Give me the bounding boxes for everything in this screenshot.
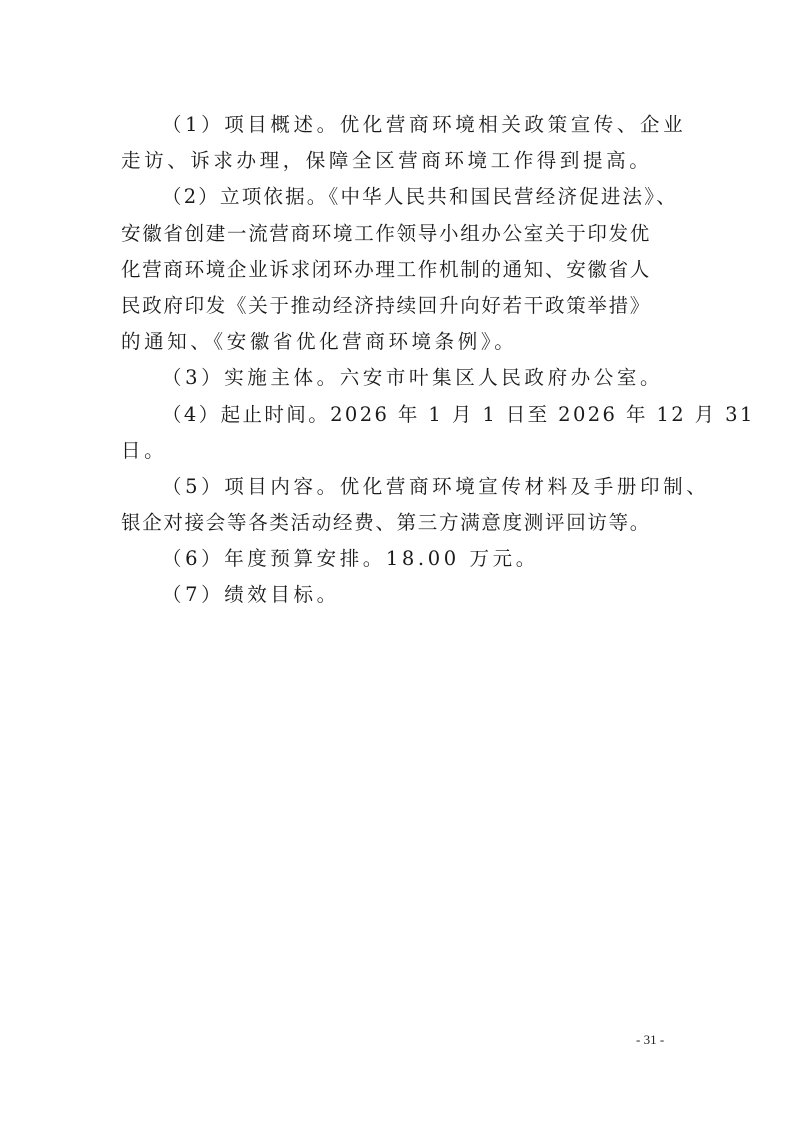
item-2-line-4: 民政府印发《关于推动经济持续回升向好若干政策举措》 — [121, 288, 674, 324]
item-5-line-1: （5）项目内容。优化营商环境宣传材料及手册印制、 — [121, 469, 674, 505]
item-7-line-1: （7）绩效目标。 — [121, 577, 674, 613]
item-3-line-1: （3）实施主体。六安市叶集区人民政府办公室。 — [121, 360, 674, 396]
item-6-line-1: （6）年度预算安排。18.00 万元。 — [121, 541, 674, 577]
document-body: （1）项目概述。优化营商环境相关政策宣传、企业 走访、诉求办理，保障全区营商环境… — [121, 107, 674, 614]
item-4-line-2: 日。 — [121, 433, 674, 469]
item-2-line-1: （2）立项依据。《中华人民共和国民营经济促进法》、 — [121, 179, 674, 215]
item-2-line-5: 的通知、《安徽省优化营商环境条例》。 — [121, 324, 674, 360]
page-number: - 31 - — [636, 1032, 664, 1048]
item-4-line-1: （4）起止时间。2026 年 1 月 1 日至 2026 年 12 月 31 — [121, 397, 674, 433]
item-1-line-2: 走访、诉求办理，保障全区营商环境工作得到提高。 — [121, 143, 674, 179]
item-5-line-2: 银企对接会等各类活动经费、第三方满意度测评回访等。 — [121, 505, 674, 541]
item-2-line-2: 安徽省创建一流营商环境工作领导小组办公室关于印发优 — [121, 216, 674, 252]
item-1-line-1: （1）项目概述。优化营商环境相关政策宣传、企业 — [121, 107, 674, 143]
item-2-line-3: 化营商环境企业诉求闭环办理工作机制的通知、安徽省人 — [121, 252, 674, 288]
